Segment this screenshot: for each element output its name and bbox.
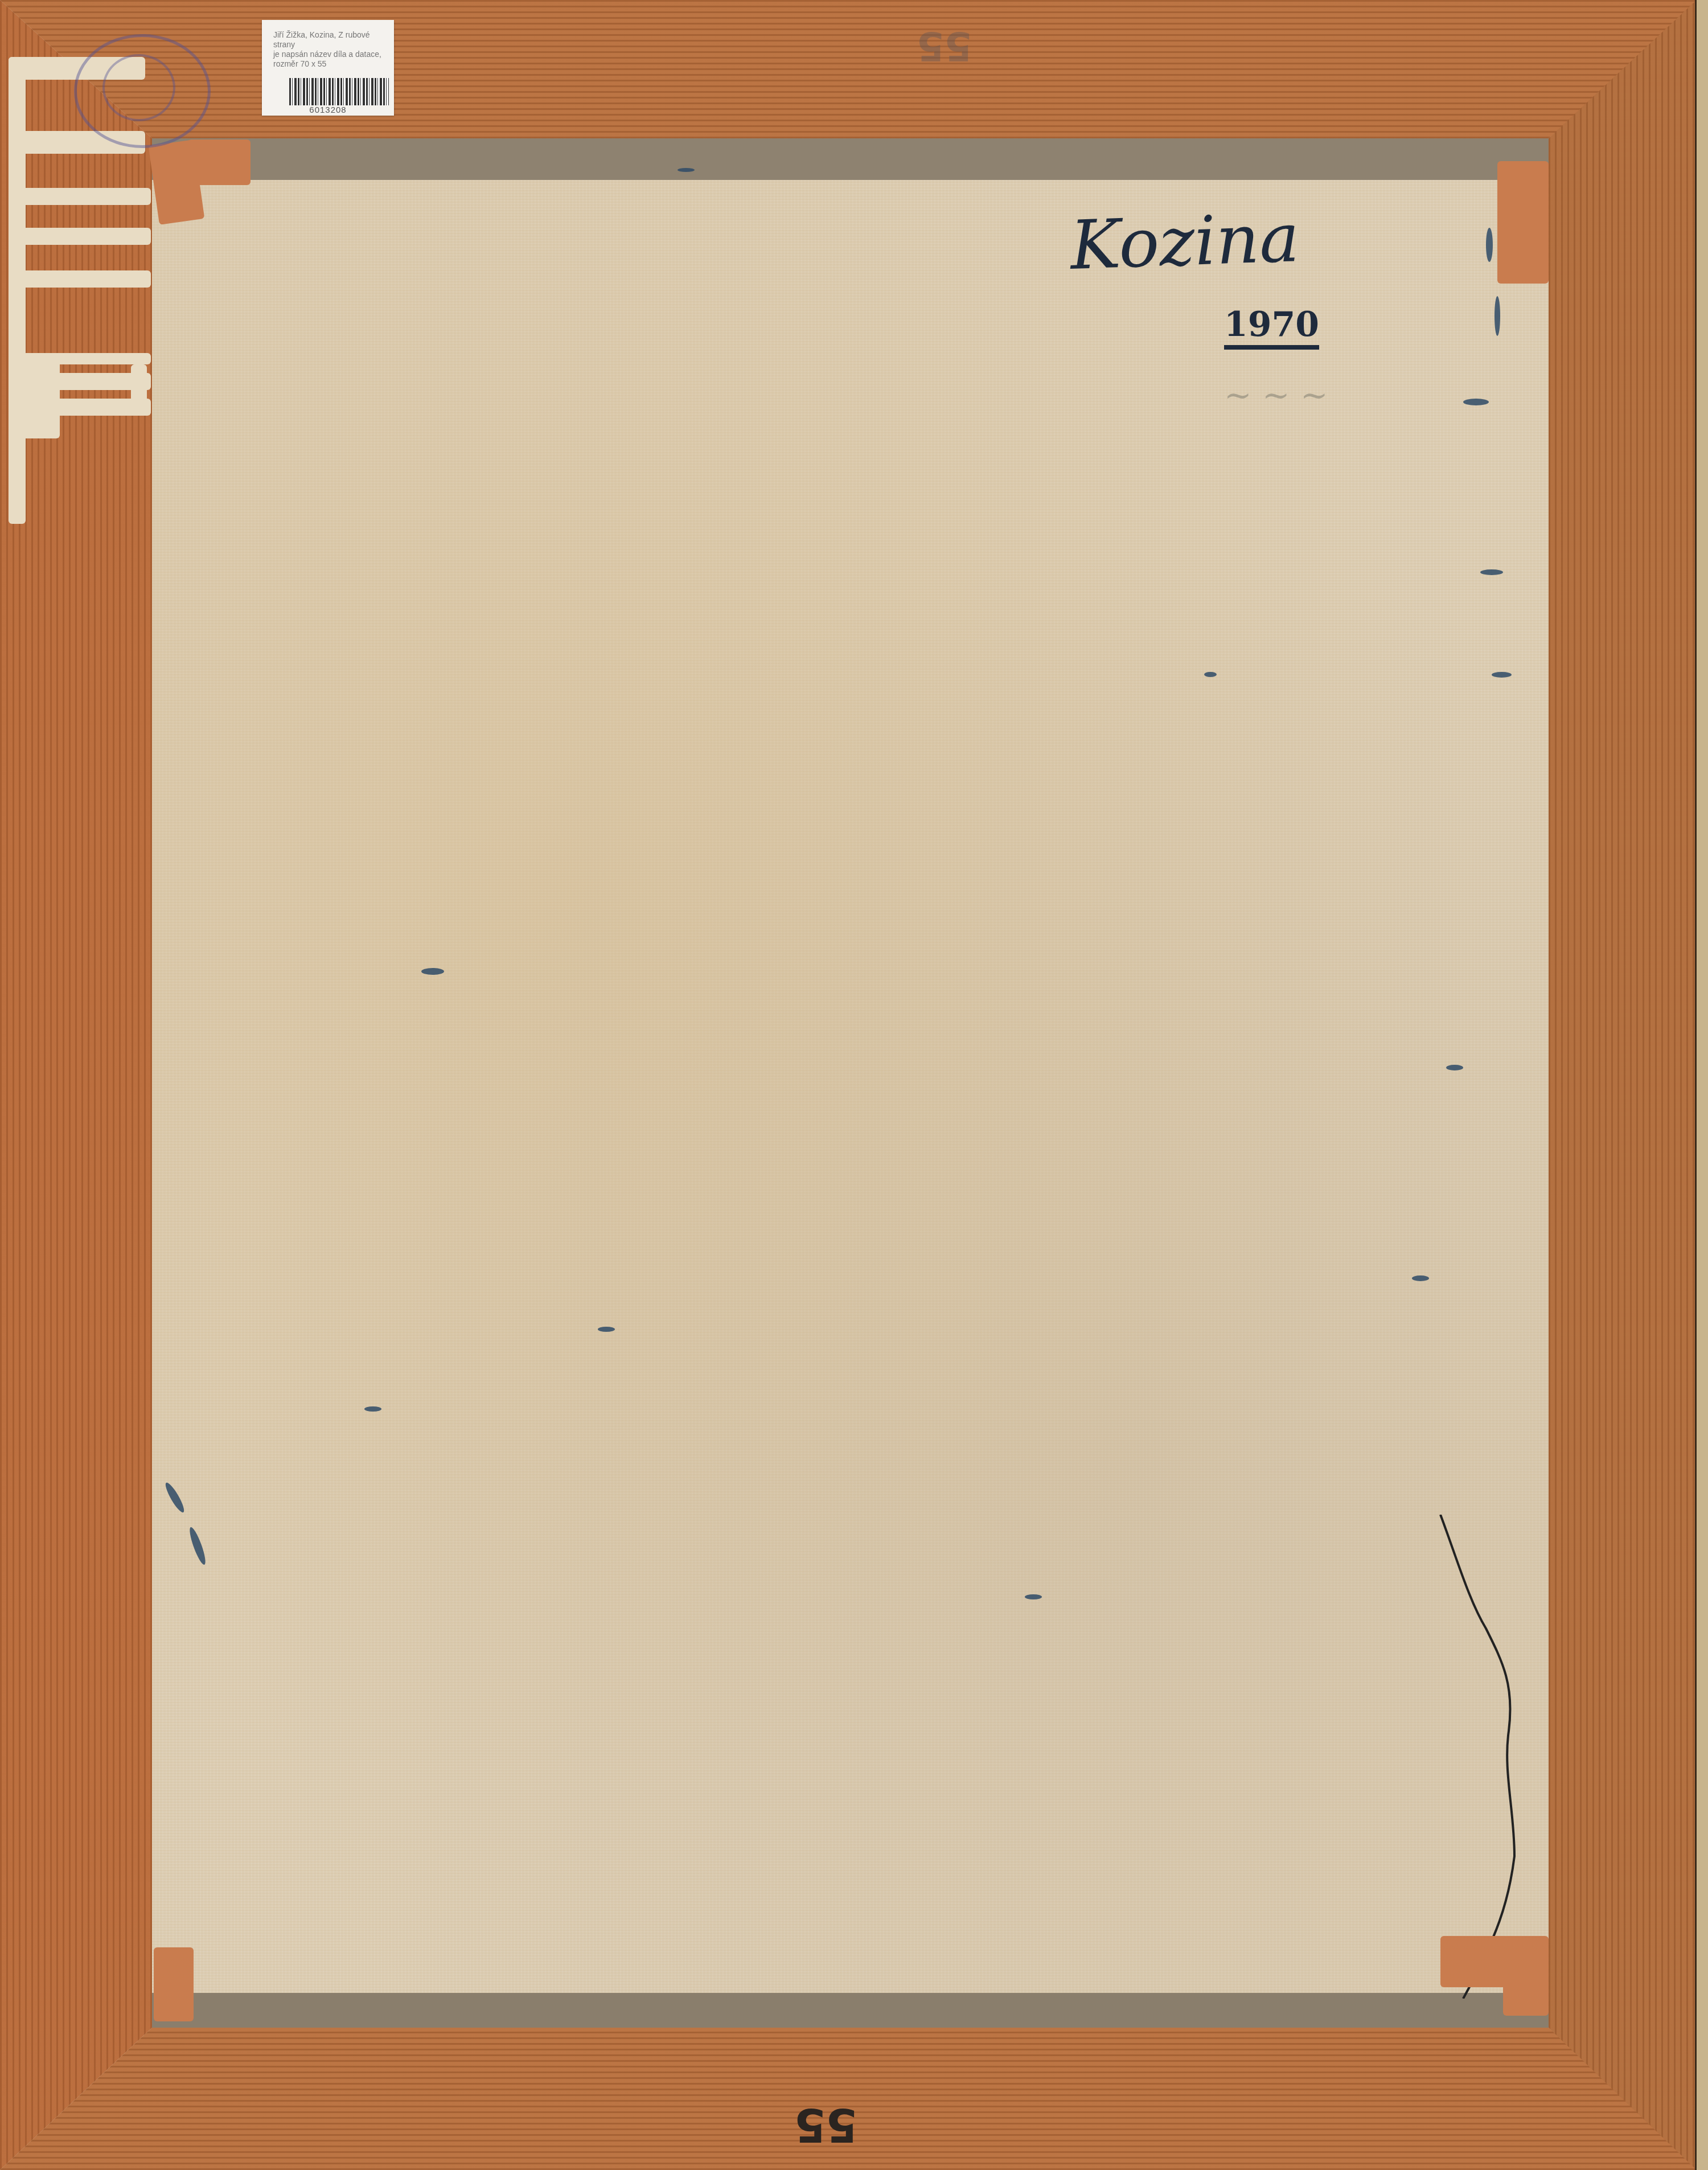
frame-right-bar	[1549, 0, 1708, 2170]
paint-drip	[9, 188, 151, 205]
paint-fleck	[678, 168, 695, 172]
frame-number-bottom: 55	[794, 2098, 857, 2151]
frame-number-top: 55	[917, 23, 972, 69]
paint-fleck	[1446, 1065, 1463, 1070]
paint-drip	[131, 364, 147, 416]
paint-fleck	[1412, 1275, 1429, 1281]
frame-top-bar	[0, 0, 1708, 138]
paint-fleck	[1204, 672, 1217, 677]
paint-fleck	[1025, 1594, 1042, 1599]
paint-drip	[9, 57, 26, 524]
paint-drip	[9, 228, 151, 245]
paint-fleck	[421, 968, 444, 975]
date-inscription: 1970	[1224, 307, 1319, 350]
corner-wedge	[188, 140, 251, 185]
canvas-crack	[1435, 1515, 1549, 1999]
label-line: je napsán název díla a datace,	[273, 50, 390, 59]
stretcher-bar-bottom	[152, 1993, 1549, 2028]
circular-stamp	[74, 34, 211, 148]
paint-drip	[9, 373, 151, 390]
corner-wedge	[1440, 1936, 1509, 1987]
painting-back-photo: Kozina 1970 ~ ~ ~ 55 55 Jiří Žižka, Kozi…	[0, 0, 1708, 2170]
corner-wedge	[1497, 161, 1549, 284]
frame-outer-edge	[1695, 0, 1708, 2170]
paint-fleck	[364, 1406, 381, 1412]
label-line: rozměr 70 x 55	[273, 59, 390, 69]
paint-drip	[9, 399, 151, 416]
canvas-back	[152, 138, 1549, 2028]
paint-fleck	[1492, 672, 1512, 678]
paint-fleck	[1494, 296, 1500, 336]
pencil-note: ~ ~ ~	[1224, 376, 1328, 415]
paint-drip	[9, 353, 151, 364]
paint-fleck	[1463, 399, 1489, 405]
corner-wedge	[154, 1947, 194, 2021]
barcode-number: 6013208	[262, 105, 394, 115]
barcode	[289, 78, 389, 105]
stretcher-bar-top	[152, 138, 1549, 180]
paint-fleck	[1486, 228, 1493, 262]
paint-fleck	[598, 1327, 615, 1332]
artist-signature: Kozina	[1069, 198, 1301, 285]
label-line: Jiří Žižka, Kozina, Z rubové strany	[273, 30, 390, 50]
corner-wedge	[1503, 1936, 1549, 2016]
label-description: Jiří Žižka, Kozina, Z rubové strany je n…	[273, 30, 390, 69]
paint-fleck	[1480, 569, 1503, 575]
paint-drip	[9, 270, 151, 288]
inventory-label: Jiří Žižka, Kozina, Z rubové strany je n…	[262, 20, 394, 116]
